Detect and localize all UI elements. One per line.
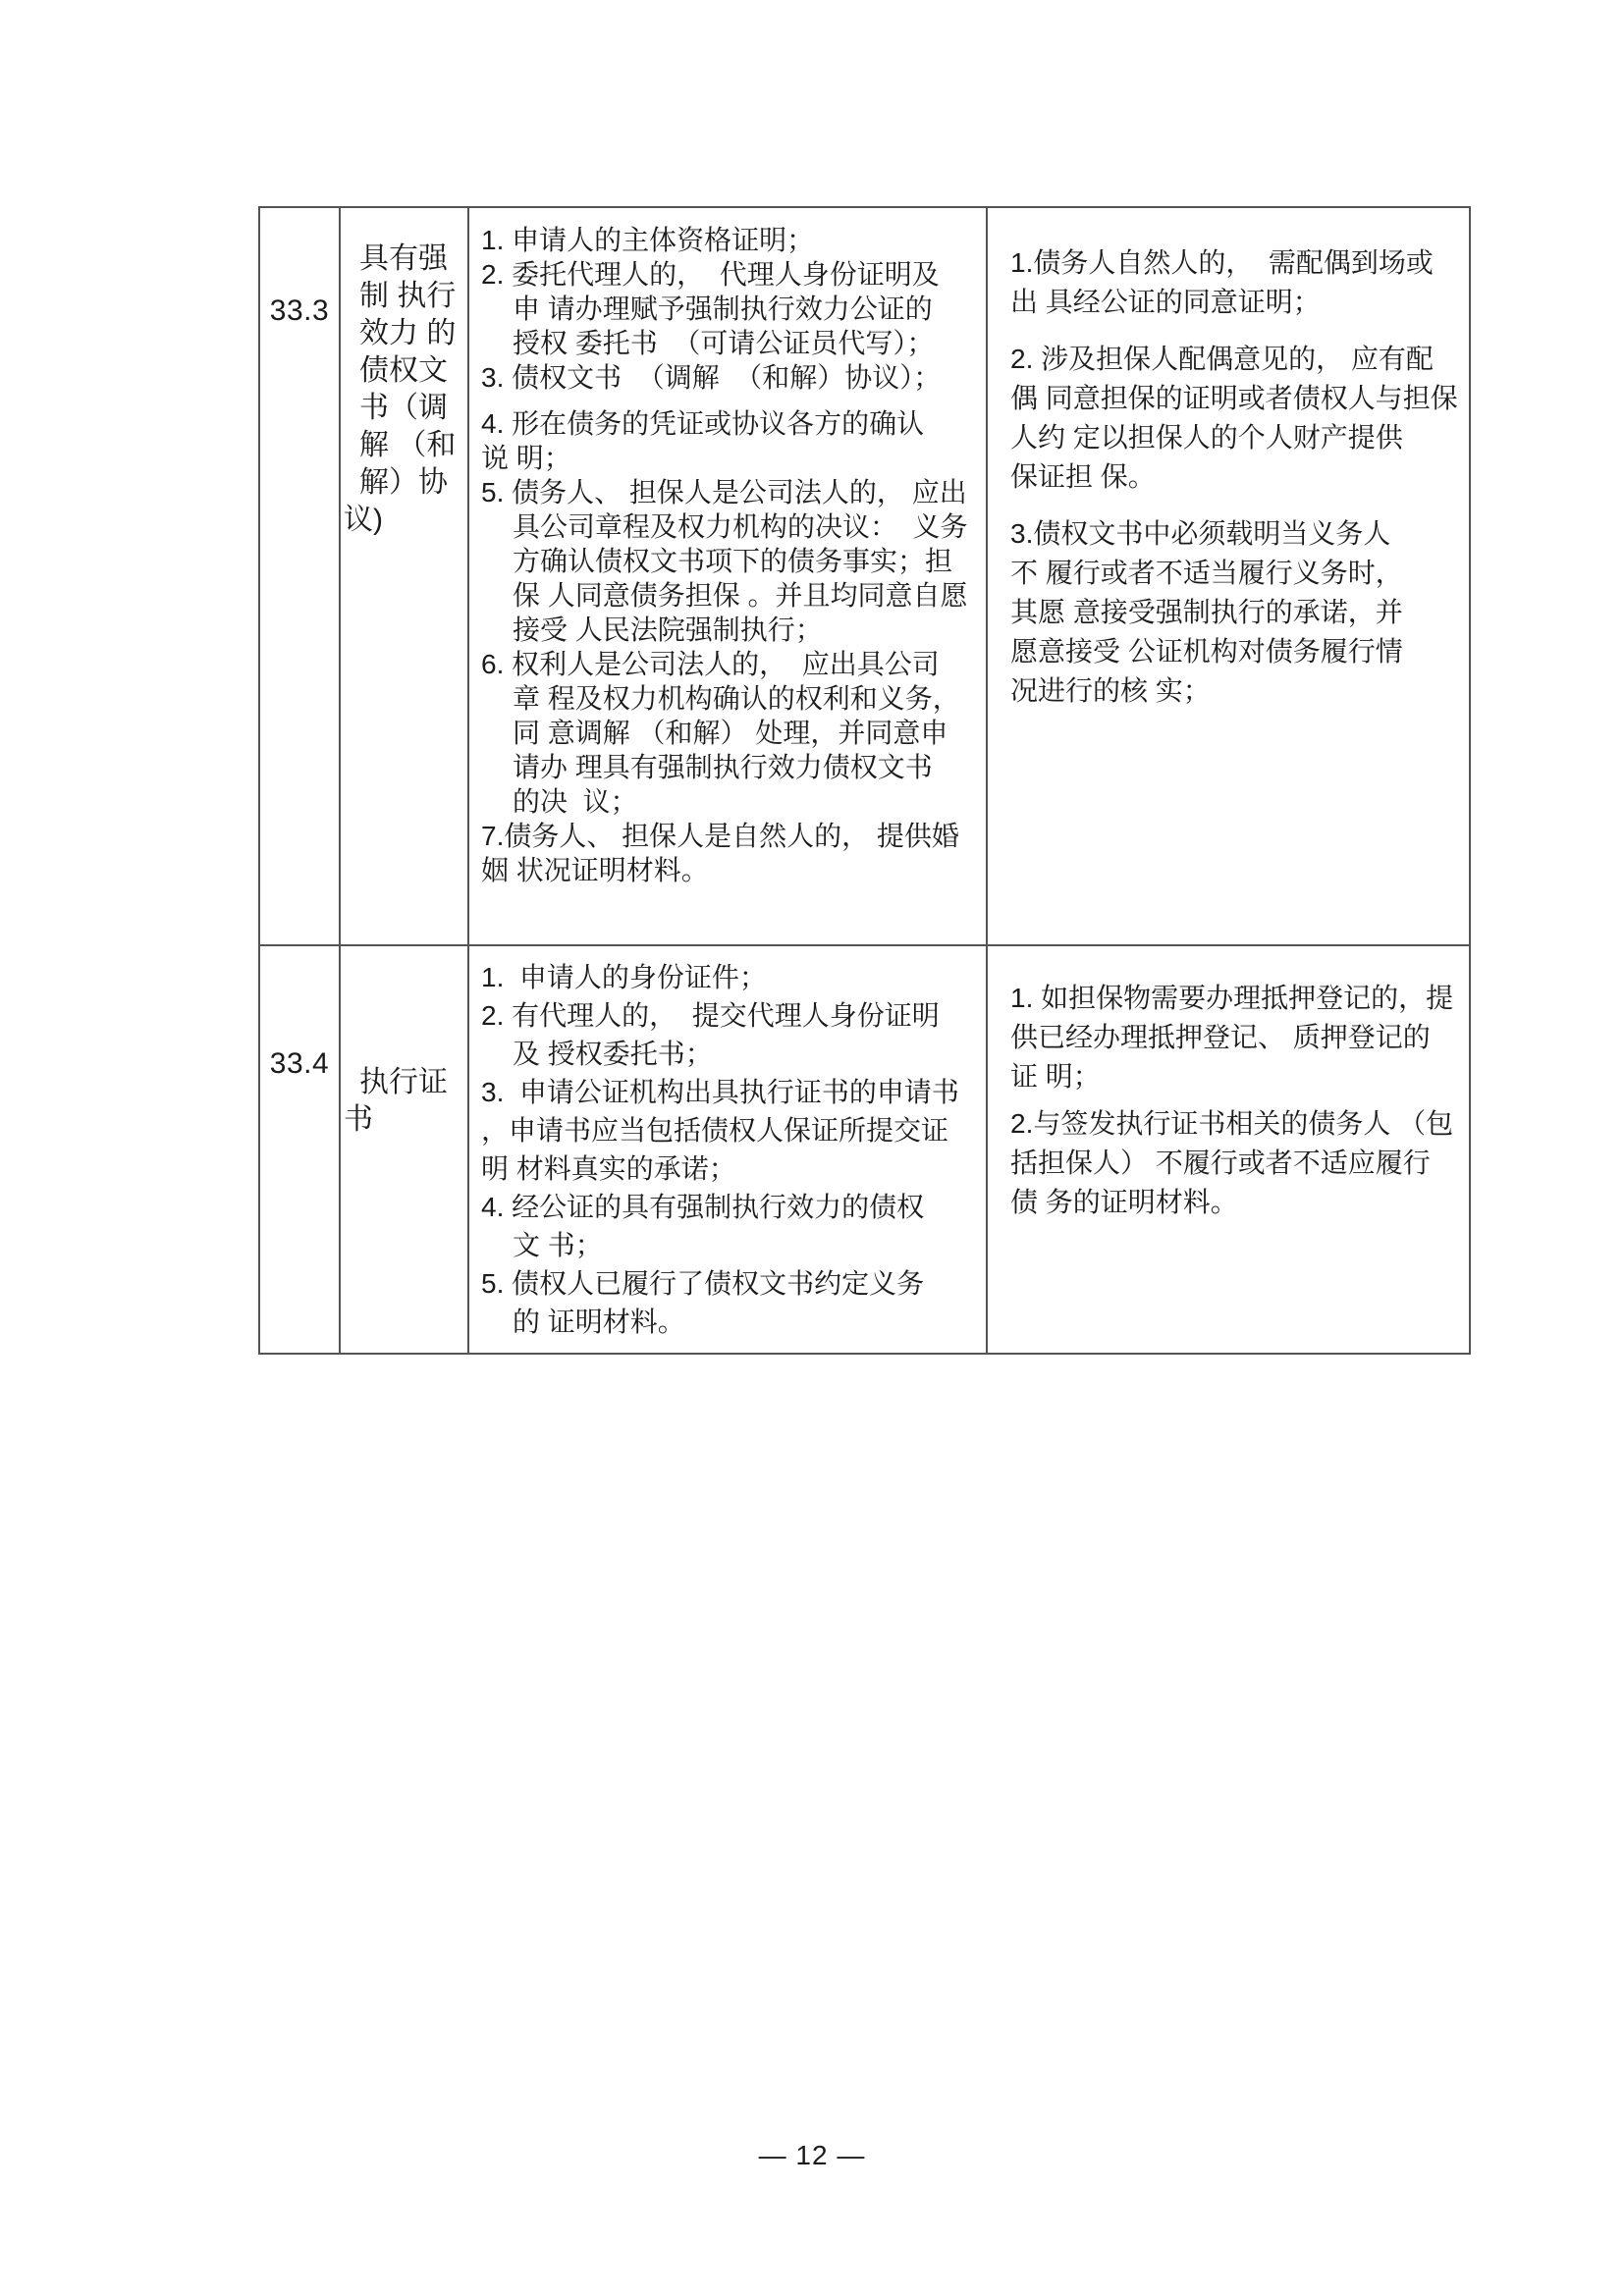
text-line: 3. 申请公证机构出具执行证书的申请书 [481,1073,986,1111]
row-33-4-item-title-cell: 执行证书 [341,946,469,1353]
text-line: 授权 委托书 （可请公证员代写）； [481,326,986,360]
text-line: 1.债务人自然人的， 需配偶到场或 [1010,243,1469,283]
row-33-3-item-title-cell: 具有强制 执行效力 的债权文书（调解 （和解）协议) [341,208,469,946]
text-line: 出 具经公证的同意证明； [1010,283,1469,322]
text-line: 制 执行 [344,278,467,315]
text-line: 明 材料真实的承诺； [481,1149,986,1188]
text-line: 同 意调解 （和解） 处理，并同意申 [481,716,986,750]
text-line: 解）协 [344,464,467,502]
text-line: 方确认债权文书项下的债务事实；担 [481,544,986,578]
text-line: 具有强 [344,240,467,278]
page-number: — 12 — [0,2140,1624,2171]
text-line: 及 授权委托书； [481,1035,986,1073]
document-page: 33.3 具有强制 执行效力 的债权文书（调解 （和解）协议) 1. 申请人的主… [0,0,1624,2296]
text-line: 3.债权文书中必须载明当义务人 [1010,514,1469,554]
text-line: 债 务的证明材料。 [1010,1183,1469,1222]
text-line: 其愿 意接受强制执行的承诺，并 [1010,593,1469,632]
row-33-3-materials-cell: 1. 申请人的主体资格证明；2. 委托代理人的， 代理人身份证明及申 请办理赋予… [469,208,988,946]
text-line: 解 （和 [344,427,467,464]
text-line: 括担保人） 不履行或者不适应履行 [1010,1144,1469,1183]
text-line: 1. 如担保物需要办理抵押登记的，提 [1010,979,1469,1018]
text-line: 证 明； [1010,1057,1469,1096]
text-line: 效力 的 [344,315,467,352]
text-line: ，申请书应当包括债权人保证所提交证 [481,1111,986,1149]
row-33-4-materials-cell: 1. 申请人的身份证件；2. 有代理人的， 提交代理人身份证明及 授权委托书；3… [469,946,988,1353]
text-line: 6. 权利人是公司法人的， 应出具公司 [481,647,986,681]
text-line: 书 [344,1101,467,1139]
text-line: 的 证明材料。 [481,1303,986,1341]
text-line: 议) [344,502,467,539]
row-33-3-requirements-cell: 1.债务人自然人的， 需配偶到场或出 具经公证的同意证明；2. 涉及担保人配偶意… [988,208,1469,946]
text-line: 姻 状况证明材料。 [481,853,986,887]
text-line: 执行证 [344,1064,467,1101]
text-line: 具公司章程及权力机构的决议： 义务 [481,509,986,544]
text-line: 供已经办理抵押登记、 质押登记的 [1010,1018,1469,1057]
text-line: 人约 定以担保人的个人财产提供 [1010,418,1469,457]
text-line: 1. 申请人的身份证件； [481,958,986,996]
text-line: 3. 债权文书 （调解 （和解）协议）； [481,360,986,395]
text-line: 偶 同意担保的证明或者债权人与担保 [1010,379,1469,418]
text-line: 2. 有代理人的， 提交代理人身份证明 [481,996,986,1035]
text-line: 保证担 保。 [1010,457,1469,497]
row-33-4-requirements-cell: 1. 如担保物需要办理抵押登记的，提供已经办理抵押登记、 质押登记的证 明；2.… [988,946,1469,1353]
text-line: 书（调 [344,390,467,427]
text-line: 说 明； [481,441,986,475]
text-line: 1. 申请人的主体资格证明； [481,223,986,257]
text-line: 2. 涉及担保人配偶意见的， 应有配 [1010,340,1469,379]
text-line: 4. 经公证的具有强制执行效力的债权 [481,1188,986,1226]
row-33-4-item-number-cell: 33.4 [260,946,341,1353]
text-line: 不 履行或者不适当履行义务时， [1010,554,1469,593]
row-33-3-item-number-cell: 33.3 [260,208,341,946]
text-line: 接受 人民法院强制执行； [481,613,986,647]
text-line: 请办 理具有强制执行效力债权文书 [481,750,986,784]
text-line: 7.债务人、 担保人是自然人的， 提供婚 [481,819,986,853]
text-line: 2.与签发执行证书相关的债务人 （包 [1010,1104,1469,1144]
text-line: 4. 形在债务的凭证或协议各方的确认 [481,406,986,441]
text-line: 章 程及权力机构确认的权利和义务， [481,681,986,716]
text-line: 5. 债权人已履行了债权文书约定义务 [481,1264,986,1303]
text-line: 的决 议； [481,784,986,819]
text-line: 愿意接受 公证机构对债务履行情 [1010,632,1469,671]
text-line: 5. 债务人、 担保人是公司法人的， 应出 [481,475,986,509]
text-line: 债权文 [344,352,467,390]
notary-items-table: 33.3 具有强制 执行效力 的债权文书（调解 （和解）协议) 1. 申请人的主… [258,206,1471,1355]
text-line: 文 书； [481,1226,986,1264]
text-line: 申 请办理赋予强制执行效力公证的 [481,292,986,326]
text-line: 2. 委托代理人的， 代理人身份证明及 [481,257,986,292]
text-line: 况进行的核 实； [1010,671,1469,711]
text-line: 保 人同意债务担保 。并且均同意自愿 [481,578,986,613]
